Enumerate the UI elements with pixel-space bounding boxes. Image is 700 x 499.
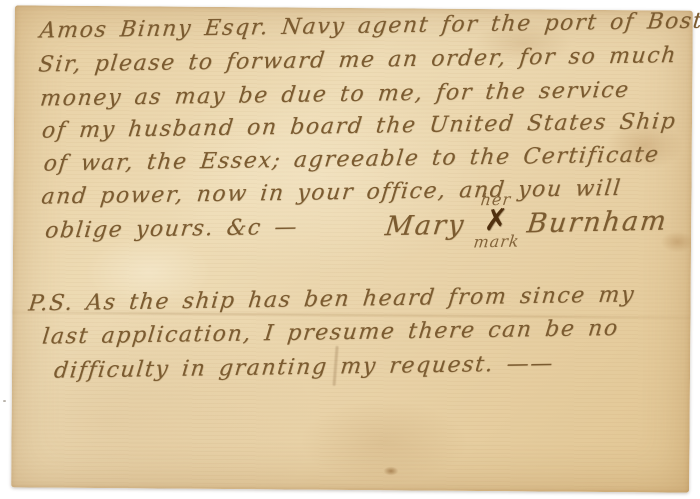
postscript-line-2: last application, I presume there can be… — [41, 317, 620, 350]
signature: Mary her ✗ mark Burnham — [385, 197, 669, 252]
letter-line-2: Sir, please to forward me an order, for … — [37, 44, 678, 78]
letter-line-3: money as may be due to me, for the servi… — [39, 79, 631, 112]
letter-paper: Amos Binny Esqr. Navy agent for the port… — [11, 5, 693, 492]
signature-x-mark-icon: ✗ — [483, 208, 509, 234]
signature-mark-label-bottom: mark — [472, 233, 520, 250]
postscript-line-3: difficulty in granting my request. —— — [53, 352, 555, 384]
letter-line-1: Amos Binny Esqr. Navy agent for the port… — [38, 9, 700, 44]
signature-first-name: Mary — [383, 210, 467, 243]
letter-line-5: of war, the Essex; agreeable to the Cert… — [42, 143, 660, 176]
scanned-letter: Amos Binny Esqr. Navy agent for the port… — [0, 0, 700, 499]
signature-mark-label-top: her — [479, 192, 511, 209]
letter-closing-line: oblige yours. &c — — [44, 216, 299, 244]
signature-last-name: Burnham — [525, 206, 669, 240]
scan-speck — [3, 400, 6, 402]
postscript-line-1: P.S. As the ship has ben heard from sinc… — [27, 283, 636, 316]
letter-line-4: of my husband on board the United States… — [41, 110, 678, 144]
signature-mark: her ✗ mark — [472, 192, 519, 250]
